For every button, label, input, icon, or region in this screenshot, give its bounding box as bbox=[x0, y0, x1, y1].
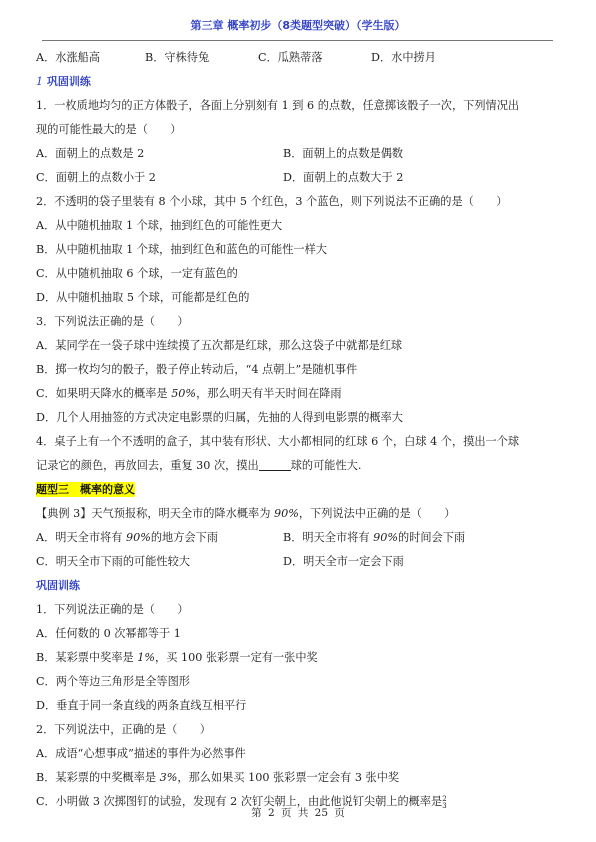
section-title: 题型三 概率的意义 bbox=[36, 482, 135, 497]
document-body: A．水涨船高 B．守株待兔 C．瓜熟蒂落 D．水中捞月 1 巩固训练 1．一枚质… bbox=[36, 46, 556, 814]
option-b: B．某彩票中奖率是 1%，买 100 张彩票一定有一张中奖 bbox=[36, 646, 556, 670]
section-heading-text: 巩固训练 bbox=[47, 75, 91, 88]
question-stem: 2．不透明的袋子里装有 8 个小球，其中 5 个红色，3 个蓝色，则下列说法不正… bbox=[36, 190, 556, 214]
options-row: C．面朝上的点数小于 2 D．面朝上的点数大于 2 bbox=[36, 166, 556, 190]
option-a: A．从中随机抽取 1 个球，抽到红色的可能性更大 bbox=[36, 214, 556, 238]
question-stem: 1．下列说法正确的是（ ） bbox=[36, 598, 556, 622]
option-d: D．从中随机抽取 5 个球，可能都是红色的 bbox=[36, 286, 556, 310]
option-b: B．守株待兔 bbox=[145, 46, 258, 70]
page-title: 第三章 概率初步（8类题型突破）（学生版） bbox=[0, 17, 596, 33]
option-b: B．掷一枚均匀的骰子，骰子停止转动后，“4 点朝上”是随机事件 bbox=[36, 358, 556, 382]
option-a: A．成语“心想事成”描述的事件为必然事件 bbox=[36, 742, 556, 766]
question-stem: 3．下列说法正确的是（ ） bbox=[36, 310, 556, 334]
question-stem-cont: 记录它的颜色，再放回去，重复 30 次，摸出球的可能性大. bbox=[36, 454, 556, 478]
options-row: A．面朝上的点数是 2 B．面朝上的点数是偶数 bbox=[36, 142, 556, 166]
options-row: A．明天全市将有 90%的地方会下雨 B．明天全市将有 90%的时间会下雨 bbox=[36, 526, 556, 550]
option-b: B．某彩票的中奖概率是 3%，那么如果买 100 张彩票一定会有 3 张中奖 bbox=[36, 766, 556, 790]
option-a: A．水涨船高 bbox=[36, 46, 145, 70]
option-a: A．任何数的 0 次幂都等于 1 bbox=[36, 622, 556, 646]
option-c: C．从中随机抽取 6 个球，一定有蓝色的 bbox=[36, 262, 556, 286]
option-c: C．明天全市下雨的可能性较大 bbox=[36, 550, 283, 574]
option-a: A．面朝上的点数是 2 bbox=[36, 142, 283, 166]
section-heading: 巩固训练 bbox=[36, 574, 556, 598]
question-stem: 2．下列说法中，正确的是（ ） bbox=[36, 718, 556, 742]
option-a: A．某同学在一袋子球中连续摸了五次都是红球，那么这袋子中就都是红球 bbox=[36, 334, 556, 358]
question-stem: 4．桌子上有一个不透明的盒子，其中装有形状、大小都相同的红球 6 个，白球 4 … bbox=[36, 430, 556, 454]
question-stem: 1．一枚质地均匀的正方体骰子，各面上分别刻有 1 到 6 的点数，任意掷该骰子一… bbox=[36, 94, 556, 118]
option-a: A．明天全市将有 90%的地方会下雨 bbox=[36, 526, 283, 550]
page-number: 第 2 页 共 25 页 bbox=[0, 805, 596, 820]
header-divider bbox=[42, 40, 553, 41]
options-row: A．水涨船高 B．守株待兔 C．瓜熟蒂落 D．水中捞月 bbox=[36, 46, 556, 70]
fill-in-blank bbox=[259, 457, 291, 471]
percent-value: 50% bbox=[171, 387, 196, 400]
question-stem-cont: 现的可能性最大的是（ ） bbox=[36, 118, 556, 142]
option-d: D．明天全市一定会下雨 bbox=[283, 550, 404, 574]
options-row: C．明天全市下雨的可能性较大 D．明天全市一定会下雨 bbox=[36, 550, 556, 574]
option-b: B．明天全市将有 90%的时间会下雨 bbox=[283, 526, 465, 550]
option-b: B．面朝上的点数是偶数 bbox=[283, 142, 403, 166]
section-heading: 1 巩固训练 bbox=[36, 70, 556, 94]
option-c: C．瓜熟蒂落 bbox=[258, 46, 371, 70]
option-d: D．垂直于同一条直线的两条直线互相平行 bbox=[36, 694, 556, 718]
option-d: D．几个人用抽签的方式决定电影票的归属，先抽的人得到电影票的概率大 bbox=[36, 406, 556, 430]
option-c: C．面朝上的点数小于 2 bbox=[36, 166, 283, 190]
option-b: B．从中随机抽取 1 个球，抽到红色和蓝色的可能性一样大 bbox=[36, 238, 556, 262]
section-number: 1 bbox=[36, 75, 43, 88]
section-title-row: 题型三 概率的意义 bbox=[36, 478, 556, 502]
option-c: C．两个等边三角形是全等图形 bbox=[36, 670, 556, 694]
option-c: C．如果明天降水的概率是 50%，那么明天有半天时间在降雨 bbox=[36, 382, 556, 406]
option-d: D．水中捞月 bbox=[371, 46, 436, 70]
example-stem: 【典例 3】天气预报称，明天全市的降水概率为 90%，下列说法中正确的是（ ） bbox=[36, 502, 556, 526]
option-d: D．面朝上的点数大于 2 bbox=[283, 166, 403, 190]
